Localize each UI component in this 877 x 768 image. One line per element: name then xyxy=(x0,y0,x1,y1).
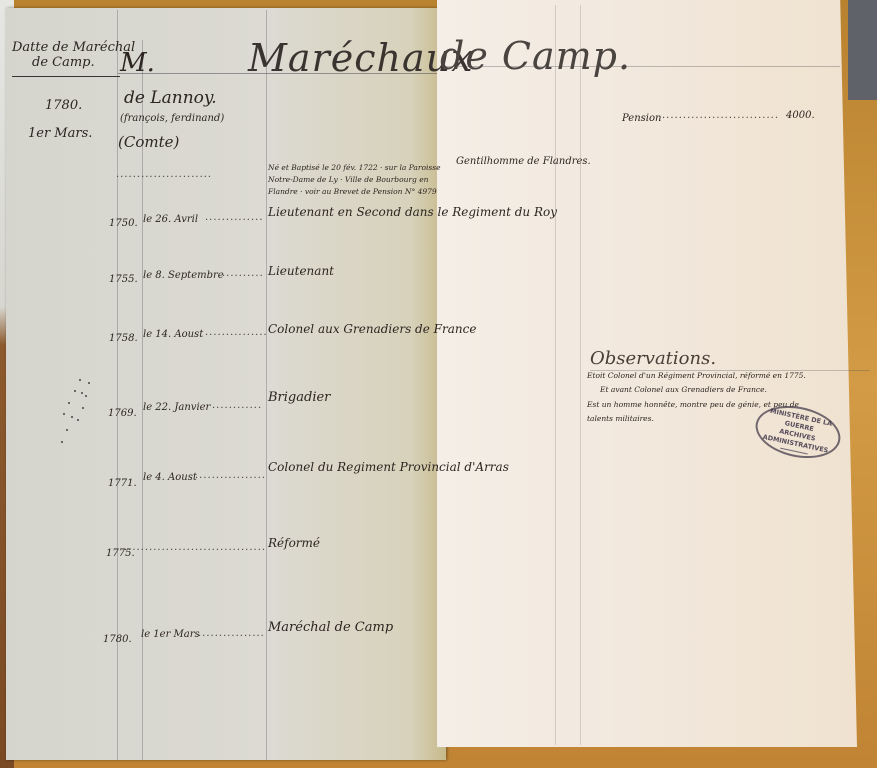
dotted-leader: ············ xyxy=(212,403,262,414)
observations-line2: Et avant Colonel aux Grenadiers de Franc… xyxy=(600,384,767,395)
dotted-leader: ·············· xyxy=(205,215,264,226)
promotion-day: 1er Mars. xyxy=(28,126,92,141)
column-rule xyxy=(555,5,556,745)
pinhole xyxy=(71,416,73,418)
dotted-leader: ·········· xyxy=(222,271,264,282)
observations-line4: talents militaires. xyxy=(587,413,654,424)
dotted-leader: ··············· xyxy=(205,330,268,341)
pinhole xyxy=(82,407,84,409)
birth-note-line1: Né et Baptisé le 20 fév. 1722 · sur la P… xyxy=(268,162,441,173)
service-year: 1750. xyxy=(109,218,138,229)
pension-label: Pension xyxy=(622,113,661,124)
birth-note-line2: Notre-Dame de Ly · Ville de Bourbourg en xyxy=(268,174,429,185)
grey-cloth-background xyxy=(848,0,877,100)
service-rank: Colonel du Regiment Provincial d'Arras xyxy=(268,460,509,474)
service-year: 1771. xyxy=(108,478,137,489)
pinhole xyxy=(85,395,87,397)
observations-heading: Observations. xyxy=(590,348,716,369)
dotted-leader: ···························· xyxy=(662,113,779,124)
service-date: le 8. Septembre xyxy=(143,270,224,281)
officer-title: (Comte) xyxy=(118,133,179,151)
service-year: 1780. xyxy=(103,634,132,645)
origin-note: Gentilhomme de Flandres. xyxy=(456,156,591,167)
column-rule xyxy=(266,10,267,760)
pinhole xyxy=(81,392,83,394)
dotted-leader: ······················· xyxy=(116,172,212,183)
service-rank: Colonel aux Grenadiers de France xyxy=(268,322,476,336)
pinhole xyxy=(61,441,63,443)
birth-note-line3: Flandre · voir au Brevet de Pension N° 4… xyxy=(268,186,437,197)
service-date: le 4. Aoust xyxy=(143,472,197,483)
dotted-leader: ················· xyxy=(195,473,266,484)
officer-surname: de Lannoy. xyxy=(124,88,217,108)
observations-line1: Etoit Colonel d'un Régiment Provincial, … xyxy=(587,370,806,381)
service-year: 1769. xyxy=(108,408,137,419)
service-rank: Lieutenant xyxy=(268,264,334,278)
promotion-year: 1780. xyxy=(45,98,82,113)
service-rank: Lieutenant en Second dans le Regiment du… xyxy=(268,205,557,219)
service-date: le 26. Avril xyxy=(143,214,198,225)
pinhole xyxy=(66,429,68,431)
pinhole xyxy=(74,390,76,392)
column-rule xyxy=(117,10,118,760)
pinhole xyxy=(77,419,79,421)
pension-amount: 4000. xyxy=(786,110,815,121)
service-rank: Brigadier xyxy=(268,390,330,405)
page-title-part2: de Camp. xyxy=(440,34,631,78)
service-rank: Maréchal de Camp xyxy=(268,620,393,635)
column-rule xyxy=(580,5,581,745)
service-date: le 14. Aoust xyxy=(143,329,203,340)
service-year: 1758. xyxy=(109,333,138,344)
pinhole xyxy=(63,413,65,415)
header-date-label-line2: de Camp. xyxy=(32,55,95,70)
pinhole xyxy=(68,402,70,404)
service-date: le 22. Janvier xyxy=(143,402,210,413)
header-name-col: M. xyxy=(120,48,155,78)
dotted-leader: ················ xyxy=(198,631,265,642)
header-underline xyxy=(12,76,120,77)
service-rank: Réformé xyxy=(268,536,320,550)
officer-given-names: (françois, ferdinand) xyxy=(120,113,224,124)
left-page xyxy=(6,8,446,760)
pinhole xyxy=(88,382,90,384)
service-year: 1755. xyxy=(109,274,138,285)
service-date: le 1er Mars xyxy=(141,629,200,640)
header-date-label-line1: Datte de Maréchal xyxy=(12,40,135,55)
pinhole xyxy=(79,379,81,381)
dotted-leader: ·································· xyxy=(124,545,266,556)
